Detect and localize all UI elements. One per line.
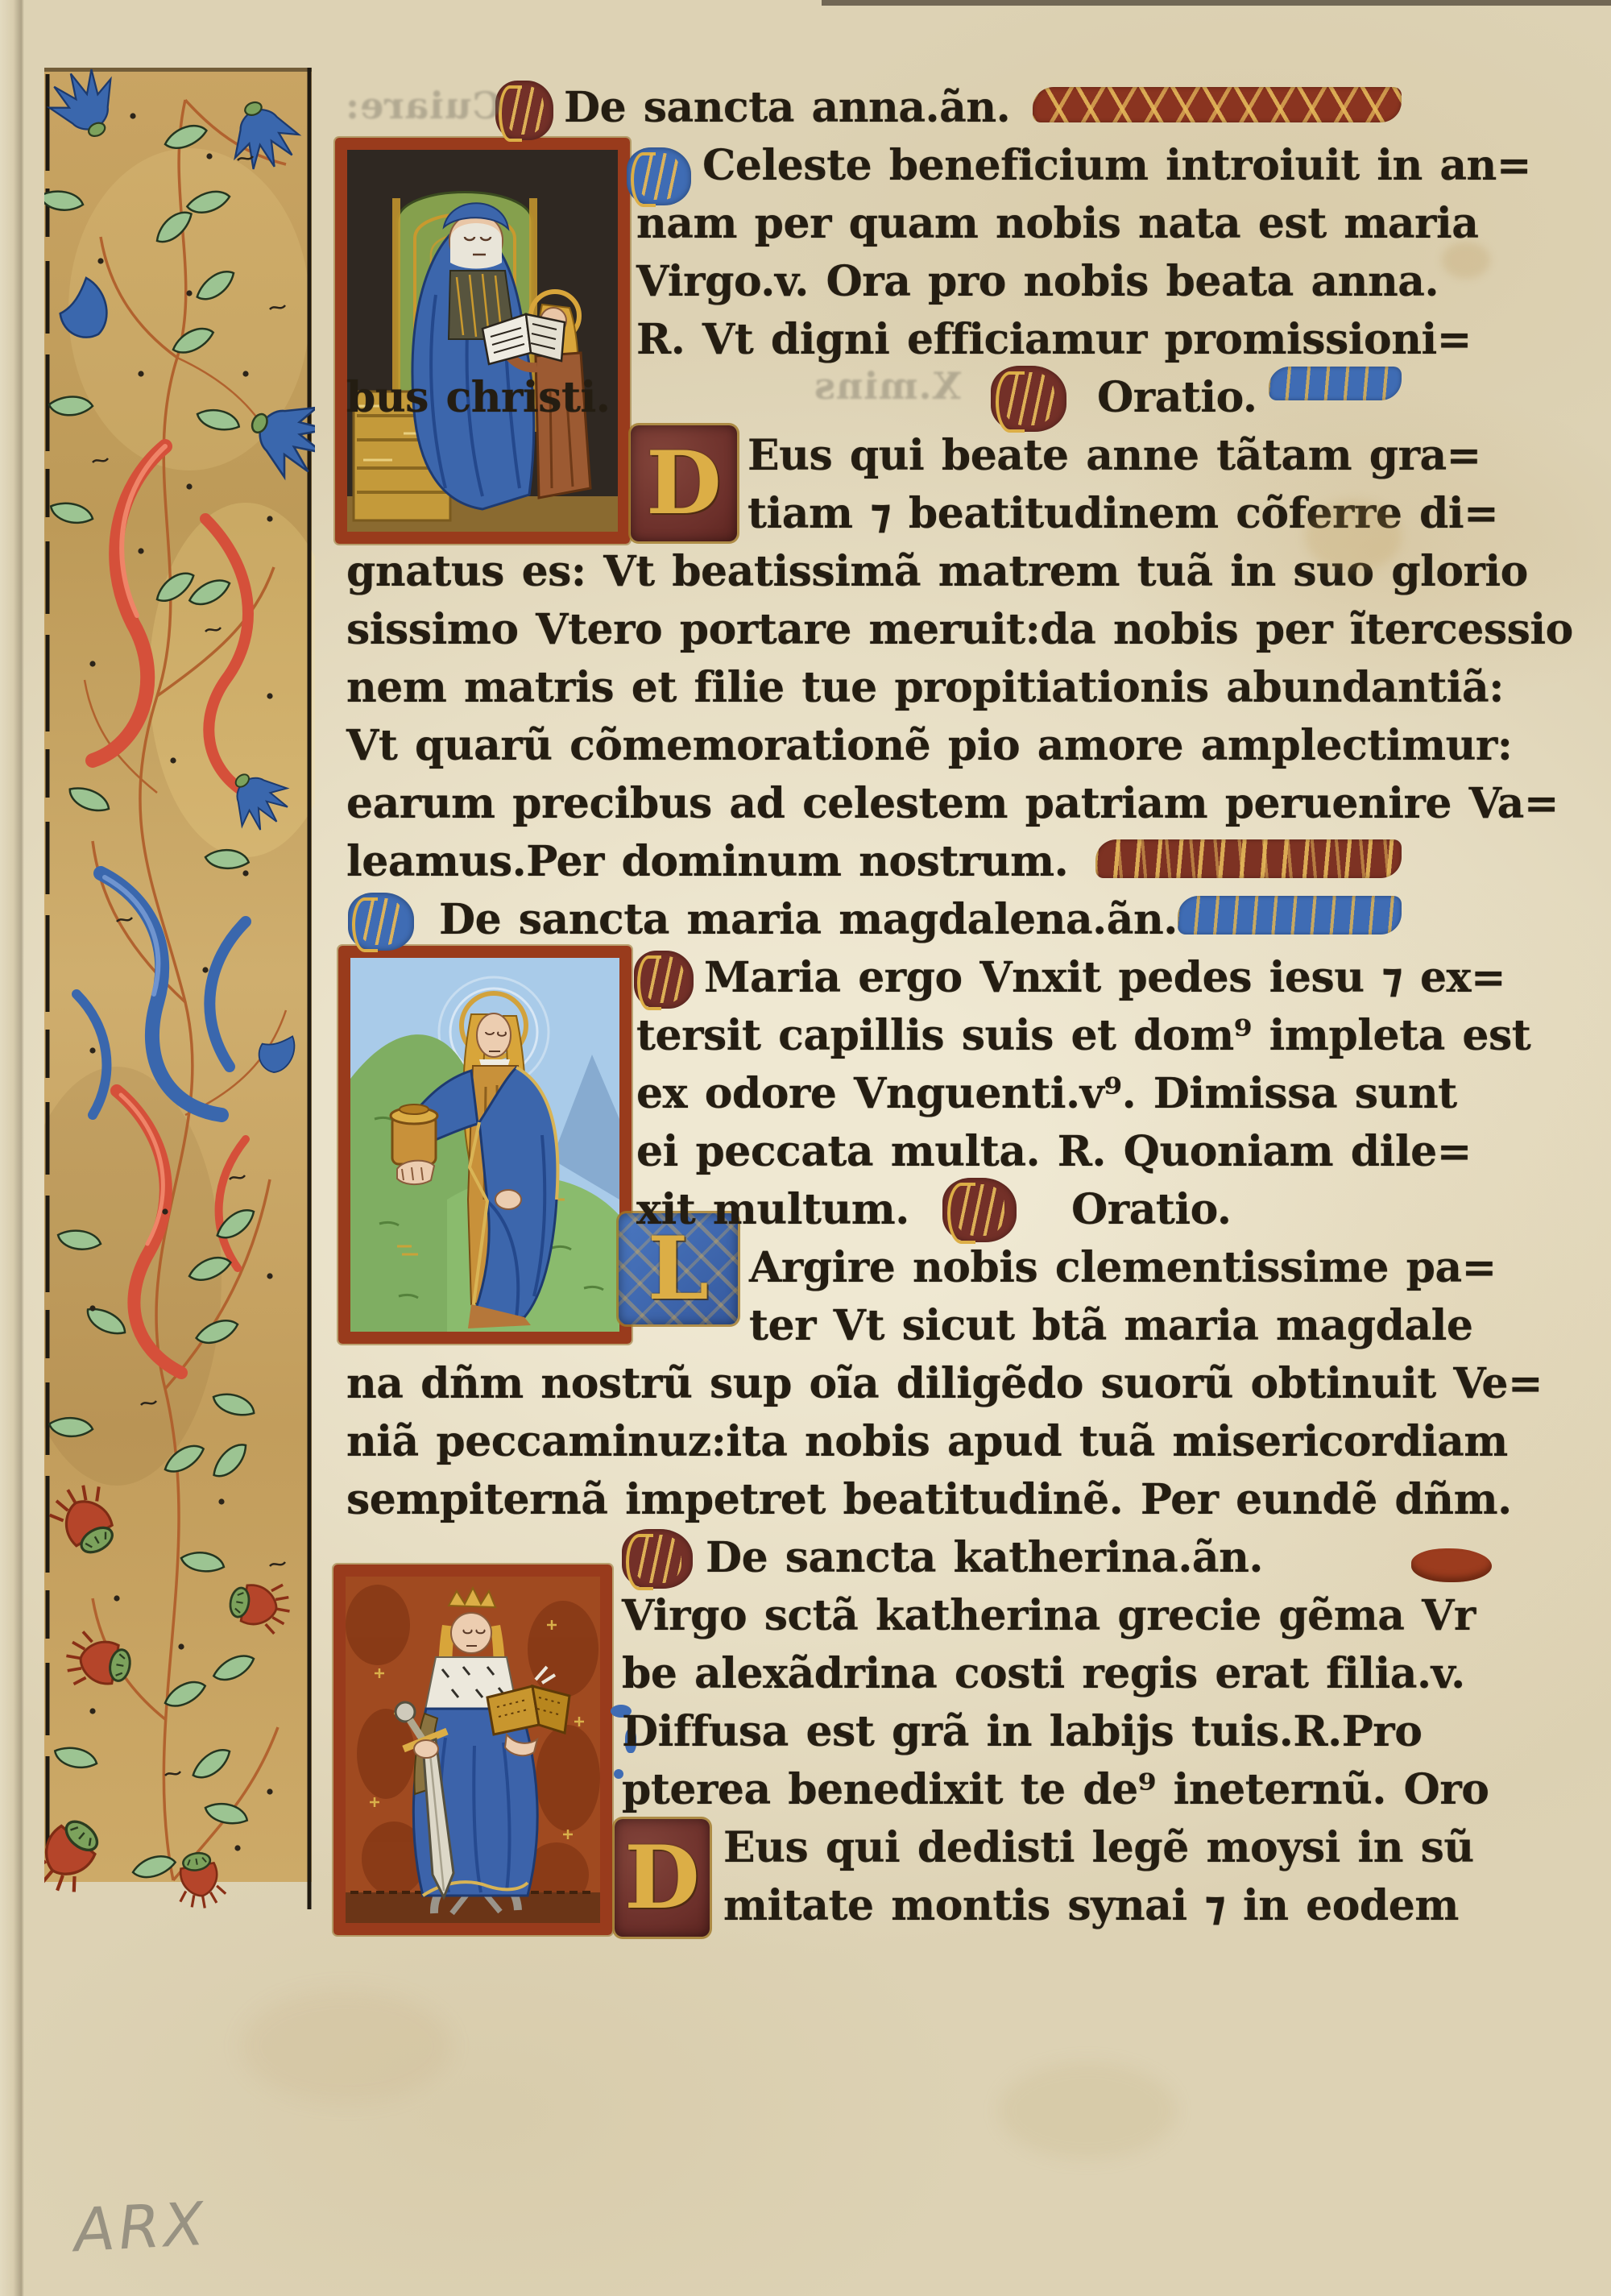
heading-oratio: Oratio. (1071, 1187, 1232, 1233)
text-line: ex odore Vnguenti.v⁹. Dimissa sunt (636, 1071, 1457, 1117)
text-line: tiam ⁊ beatitudinem cõferre di= (748, 491, 1498, 537)
manuscript-leaf-photo: D L D Cuiare: X.mins De sancta anna.ãn. … (0, 0, 1611, 2296)
text-line: Virgo sctã katherina grecie gẽma Vr (622, 1594, 1476, 1639)
text-line: Eus qui beate anne tãtam gra= (748, 433, 1481, 479)
paraph-mark (942, 1178, 1017, 1242)
page-gutter-edge (0, 0, 24, 2296)
heading-oratio: Oratio. (1097, 375, 1257, 421)
text-line: leamus.Per dominum nostrum. (346, 839, 1068, 885)
ledge (346, 1892, 600, 1923)
text-line: sempiternã impetret beatitudinẽ. Per eun… (346, 1477, 1512, 1523)
text-line: earum precibus ad celestem patriam perue… (346, 781, 1559, 827)
ointment-jar (391, 1104, 437, 1184)
miniature-st-anne (335, 138, 630, 544)
paraph-mark (627, 147, 691, 205)
line-filler-red-blob (1411, 1548, 1492, 1582)
initial-D-deus-anne: D (631, 425, 737, 541)
border-top-rule (44, 68, 312, 72)
line-filler-blue (1178, 896, 1402, 935)
text-line: pterea benedixit te de⁹ ineternũ. Oro (622, 1768, 1489, 1813)
text-line: R. Vt digni efficiamur promissioni= (636, 317, 1472, 363)
text-line: Diffusa est grã in labijs tuis.R.Pro (622, 1710, 1422, 1755)
miniature-st-katherine (333, 1565, 612, 1935)
paraph-mark (495, 81, 553, 140)
text-line: be alexãdrina costi regis erat filia.v. (622, 1652, 1465, 1697)
heading-de-sancta-maria-magdalena: De sancta maria magdalena.ãn. (439, 897, 1178, 943)
text-line: tersit capillis suis et dom⁹ impleta est (636, 1013, 1530, 1059)
line-filler-blue (1269, 367, 1402, 400)
miniature-mary-magdalene (338, 946, 632, 1344)
text-line: nem matris et filie tue propitiationis a… (346, 665, 1504, 711)
text-line: Virgo.v. Ora pro nobis beata anna. (636, 259, 1439, 305)
text-line: Eus qui dedisti legẽ moysi in sũ (723, 1826, 1474, 1871)
text-line: ei peccata multa. R. Quoniam dile= (636, 1129, 1472, 1175)
text-line: Vt quarũ cõmemorationẽ pio amore amplect… (346, 723, 1512, 769)
text-line: Maria ergo Vnxit pedes iesu ⁊ ex= (704, 955, 1505, 1001)
illuminated-floral-border (44, 68, 315, 1917)
text-line: niã peccaminuz:ita nobis apud tuã miseri… (346, 1419, 1508, 1465)
sword-pommel (396, 1702, 415, 1722)
heading-de-sancta-katherina: De sancta katherina.ãn. (706, 1536, 1263, 1581)
text-line: Celeste beneficium introiuit in an= (702, 143, 1531, 189)
katherine-hand-left (414, 1740, 438, 1758)
text-line: nam per quam nobis nata est maria (636, 201, 1478, 247)
text-line: na dñm nostrũ sup oĩa diligẽdo suorũ obt… (346, 1361, 1543, 1407)
paraph-mark (622, 1529, 693, 1589)
text-line: gnatus es: Vt beatissimã matrem tuã in s… (346, 549, 1528, 595)
paraph-mark (348, 893, 414, 951)
paraph-mark (991, 366, 1066, 432)
line-filler-maroon (1095, 839, 1402, 878)
text-line: mitate montis synai ⁊ in eodem (723, 1884, 1459, 1929)
text-line: bus christi. (346, 375, 610, 421)
pencil-inscription: ARX (70, 2189, 211, 2265)
katherine-face (451, 1613, 491, 1653)
text-line: ter Vt sicut btã maria magdale (749, 1303, 1473, 1349)
line-filler-knotwork (1033, 87, 1402, 122)
show-through-text: Cuiare: (345, 84, 502, 127)
text-line: sissimo Vtero portare meruit:da nobis pe… (346, 607, 1573, 653)
paraph-mark (634, 951, 694, 1009)
initial-D-deus-katherine: D (615, 1819, 710, 1937)
magdalene-hand-right (495, 1190, 521, 1209)
photo-top-edge (822, 0, 1611, 6)
show-through-text: X.mins (814, 364, 961, 408)
heading-de-sancta-anna: De sancta anna.ãn. (564, 85, 1010, 131)
text-line: Argire nobis clementissime pa= (749, 1245, 1497, 1291)
text-line: xit multum. (636, 1187, 909, 1233)
anne-wimple (450, 223, 502, 269)
